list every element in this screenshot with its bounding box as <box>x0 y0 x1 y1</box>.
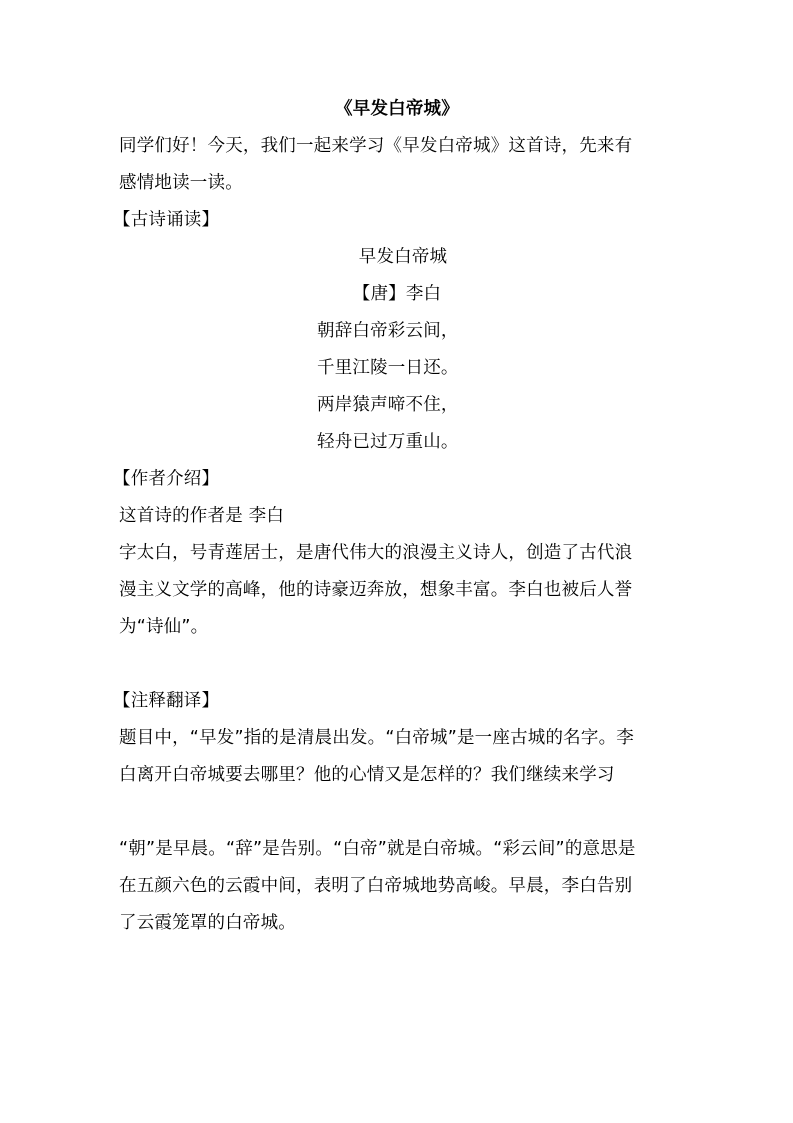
annotation-line-1: 题目中，“早发”指的是清晨出发。“白帝城”是一座古城的名字。李 <box>119 720 675 757</box>
author-line-2: 字太白，号青莲居士，是唐代伟大的浪漫主义诗人，创造了古代浪 <box>119 535 675 572</box>
author-line-3: 漫主义文学的高峰，他的诗豪迈奔放，想象丰富。李白也被后人誉 <box>119 572 675 609</box>
blank-line <box>119 646 675 683</box>
explanation-line-1: “朝”是早晨。“辞”是告别。“白帝”就是白帝城。“彩云间”的意思是 <box>119 831 675 868</box>
poem-line-3: 两岸猿声啼不住， <box>119 387 675 424</box>
section-heading-author: 【作者介绍】 <box>113 461 675 498</box>
poem-author: 【唐】李白 <box>119 276 675 313</box>
document-title: 《早发白帝城》 <box>119 94 675 128</box>
section-heading-annotation: 【注释翻译】 <box>113 683 675 720</box>
explanation-line-2: 在五颜六色的云霞中间，表明了白帝城地势高峻。早晨，李白告别 <box>119 868 675 905</box>
author-line-4: 为“诗仙”。 <box>119 609 675 646</box>
explanation-line-3: 了云霞笼罩的白帝城。 <box>119 905 675 942</box>
poem-title: 早发白帝城 <box>119 239 675 276</box>
section-heading-recitation: 【古诗诵读】 <box>113 202 675 239</box>
annotation-line-2: 白离开白帝城要去哪里？他的心情又是怎样的？我们继续来学习 <box>119 757 675 794</box>
intro-line-1: 同学们好！今天，我们一起来学习《早发白帝城》这首诗，先来有 <box>119 128 675 165</box>
author-line-1: 这首诗的作者是 李白 <box>119 498 675 535</box>
poem-line-1: 朝辞白帝彩云间， <box>119 313 675 350</box>
poem-line-4: 轻舟已过万重山。 <box>119 424 675 461</box>
blank-line <box>119 794 675 831</box>
poem-line-2: 千里江陵一日还。 <box>119 350 675 387</box>
document-page: 《早发白帝城》 同学们好！今天，我们一起来学习《早发白帝城》这首诗，先来有 感情… <box>119 94 675 942</box>
intro-line-2: 感情地读一读。 <box>119 165 675 202</box>
